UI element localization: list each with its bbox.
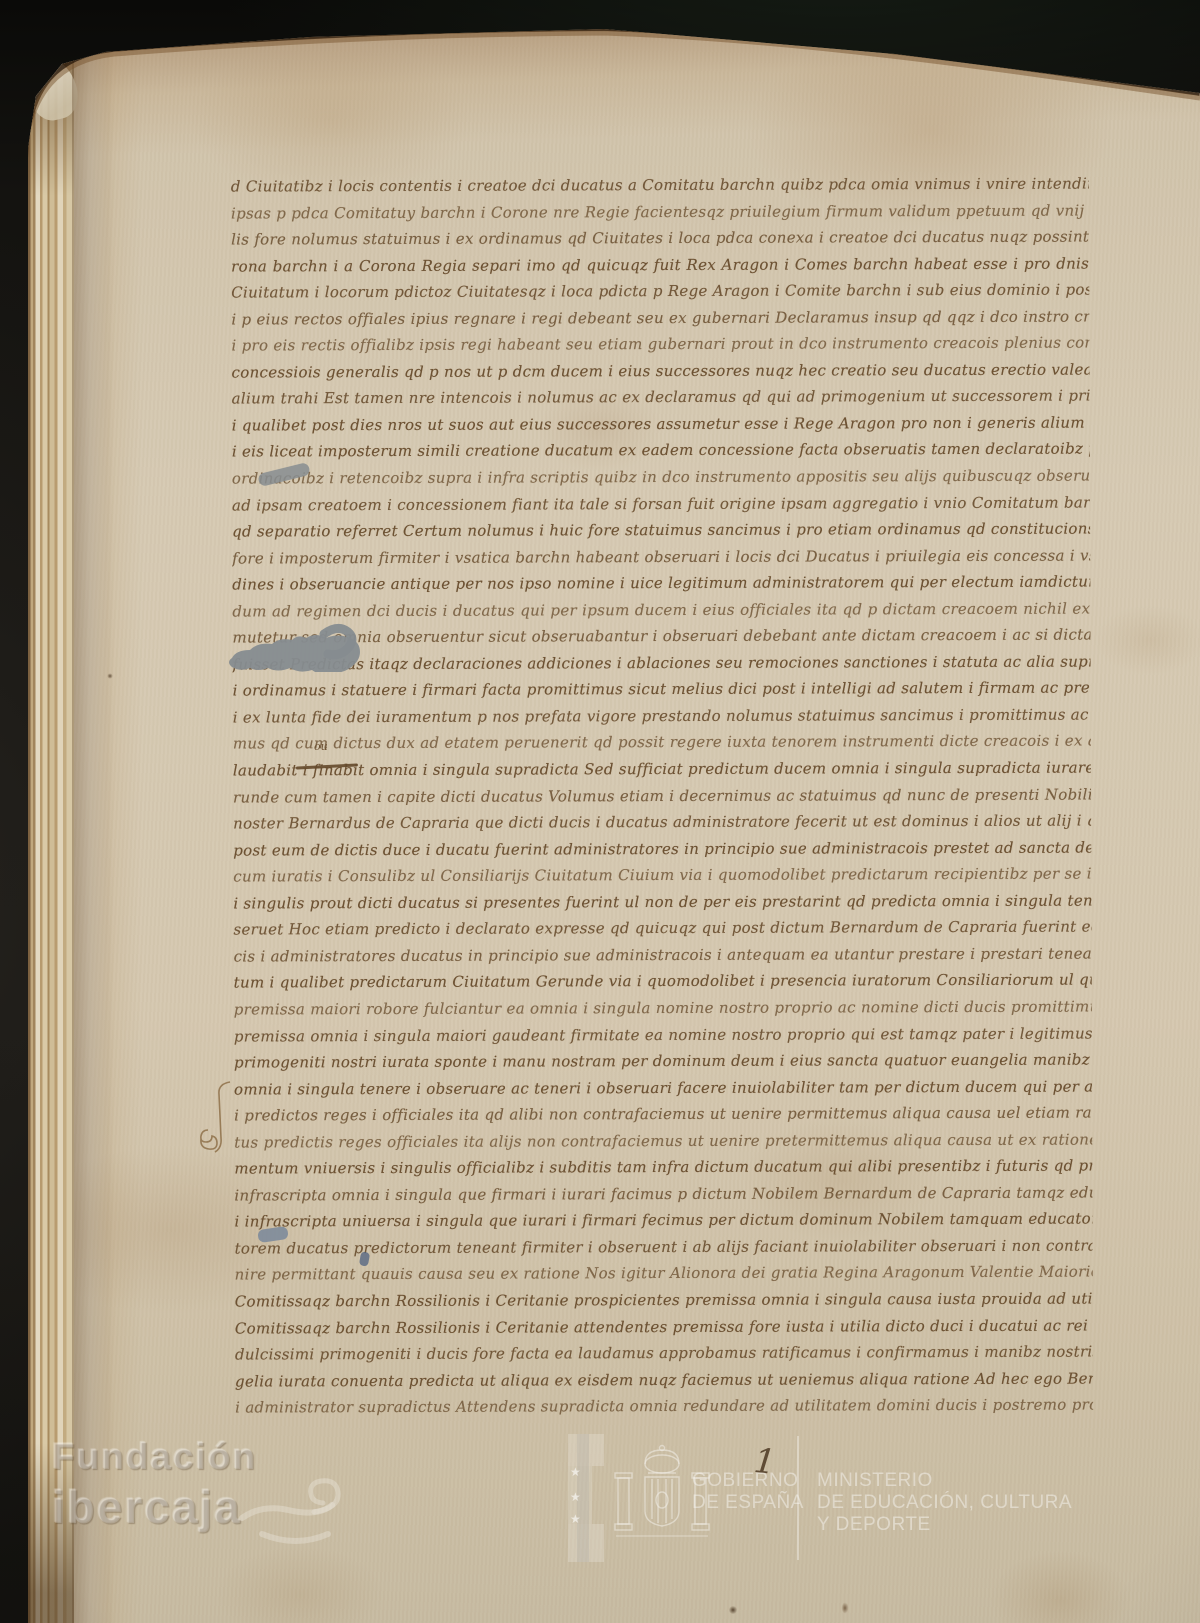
- ibercaja-swan-icon: [236, 1468, 354, 1554]
- manuscript-line: ad ipsam creatoem i concessionem fiant i…: [232, 489, 1090, 519]
- manuscript-line: tum i qualibet predictarum Ciuitatum Ger…: [234, 967, 1092, 997]
- manuscript-line: qd separatio referret Certum nolumus i h…: [232, 516, 1090, 546]
- book-fore-edge-pages: [28, 36, 74, 1623]
- manuscript-line: primogeniti nostri iurata sponte i manu …: [234, 1047, 1092, 1077]
- manuscript-scan-photo: { "manuscript": { "lines": [ "d Ciuitati…: [0, 0, 1200, 1623]
- manuscript-line: Comitissaqz barchn Rossilionis i Ceritan…: [235, 1285, 1093, 1315]
- manuscript-line: infrascripta omnia i singula que firmari…: [234, 1179, 1092, 1209]
- manuscript-line: concessiois generalis qd p nos ut p dcm …: [231, 356, 1089, 386]
- manuscript-line: lis fore nolumus statuimus i ex ordinamu…: [231, 224, 1089, 254]
- manuscript-line: Ciuitatum i locorum pdictoz Ciuitatesqz …: [231, 277, 1089, 307]
- watermark-divider-line: [797, 1436, 799, 1560]
- manuscript-line: i qualibet post dies nros ut suos aut ei…: [232, 409, 1090, 439]
- manuscript-line: premissa maiori robore fulciantur ea omn…: [234, 993, 1092, 1023]
- manuscript-line: d Ciuitatibz i locis contentis i creatoe…: [231, 171, 1089, 201]
- manuscript-line: tus predictis reges officiales ita alijs…: [234, 1126, 1092, 1156]
- ministerio-line1: MINISTERIO: [817, 1470, 1072, 1492]
- manuscript-line: i eis liceat imposterum simili creatione…: [232, 436, 1090, 466]
- manuscript-line: cum iuratis i Consulibz ul Consiliarijs …: [233, 861, 1091, 891]
- gobierno-line1: GOBIERNO: [692, 1470, 804, 1492]
- manuscript-line: ordinacoibz i retencoibz supra i infra s…: [232, 463, 1090, 493]
- manuscript-line: alium trahi Est tamen nre intencois i no…: [232, 383, 1090, 413]
- manuscript-line: dines i obseruancie antique per nos ipso…: [232, 569, 1090, 599]
- manuscript-line: i pro eis rectis offialibz ipsis regi ha…: [231, 330, 1089, 360]
- ibercaja-watermark-line2: ibercaja: [52, 1480, 242, 1534]
- manuscript-line: post eum de dictis duce i ducatu fuerint…: [233, 834, 1091, 864]
- manuscript-line: noster Bernardus de Capraria que dicti d…: [233, 808, 1091, 838]
- manuscript-line: i predictos reges i officiales ita qd al…: [234, 1100, 1092, 1130]
- manuscript-line: Comitissaqz barchn Rossilionis i Ceritan…: [235, 1312, 1093, 1342]
- manuscript-line: premissa omnia i singula maiori gaudeant…: [234, 1020, 1092, 1050]
- manuscript-page: d Ciuitatibz i locis contentis i creatoe…: [0, 0, 1200, 1623]
- ministerio-line3: Y DEPORTE: [817, 1514, 1072, 1536]
- eu-flag-icon: ★ ★ ★: [568, 1434, 604, 1562]
- manuscript-line: fore i imposterum firmiter i vsatica bar…: [232, 542, 1090, 572]
- manuscript-line: i p eius rectos offiales ipius regnare i…: [231, 303, 1089, 333]
- ministerio-line2: DE EDUCACIÓN, CULTURA: [817, 1492, 1072, 1514]
- interlinear-correction-note: ou: [314, 740, 328, 753]
- star-icon: ★: [570, 1513, 581, 1525]
- manuscript-text-block: d Ciuitatibz i locis contentis i creatoe…: [231, 171, 1093, 1422]
- manuscript-line: i administrator supradictus Attendens su…: [235, 1392, 1093, 1422]
- gray-overpaint-smudge: [228, 620, 368, 672]
- gobierno-de-espana-watermark: GOBIERNO DE ESPAÑA: [692, 1470, 804, 1514]
- manuscript-line: i infrascripta uniuersa i singula que iu…: [234, 1206, 1092, 1236]
- manuscript-line: runde cum tamen i capite dicti ducatus V…: [233, 781, 1091, 811]
- manuscript-line: dulcissimi primogeniti i ducis fore fact…: [235, 1339, 1093, 1369]
- manuscript-line: seruet Hoc etiam predicto i declarato ex…: [233, 914, 1091, 944]
- manuscript-line: cis i administratores ducatus in princip…: [234, 940, 1092, 970]
- gutter-shadow: [72, 40, 114, 1623]
- star-icon: ★: [570, 1466, 581, 1478]
- star-icon: ★: [570, 1491, 581, 1503]
- gobierno-line2: DE ESPAÑA: [692, 1492, 804, 1514]
- manuscript-line: rona barchn i a Corona Regia separi imo …: [231, 250, 1089, 280]
- manuscript-line: i ordinamus i statuere i firmari facta p…: [233, 675, 1091, 705]
- manuscript-line: ipsas p pdca Comitatuy barchn i Corone n…: [231, 197, 1089, 227]
- manuscript-line: omnia i singula tenere i obseruare ac te…: [234, 1073, 1092, 1103]
- marginal-bracket-doodle: [196, 1078, 240, 1158]
- manuscript-line: mus qd cum dictus dux ad etatem peruener…: [233, 728, 1091, 758]
- manuscript-line: laudabit i finabit omnia i singula supra…: [233, 755, 1091, 785]
- manuscript-line: mentum vniuersis i singulis officialibz …: [234, 1153, 1092, 1183]
- manuscript-line: i singulis prout dicti ducatus si presen…: [233, 887, 1091, 917]
- manuscript-line: gelia iurata conuenta predicta ut aliqua…: [235, 1365, 1093, 1395]
- manuscript-line: i ex lunta fide dei iuramentum p nos pre…: [233, 701, 1091, 731]
- ibercaja-watermark-line1: Fundación: [52, 1436, 257, 1478]
- ministerio-watermark: MINISTERIO DE EDUCACIÓN, CULTURA Y DEPOR…: [817, 1470, 1072, 1536]
